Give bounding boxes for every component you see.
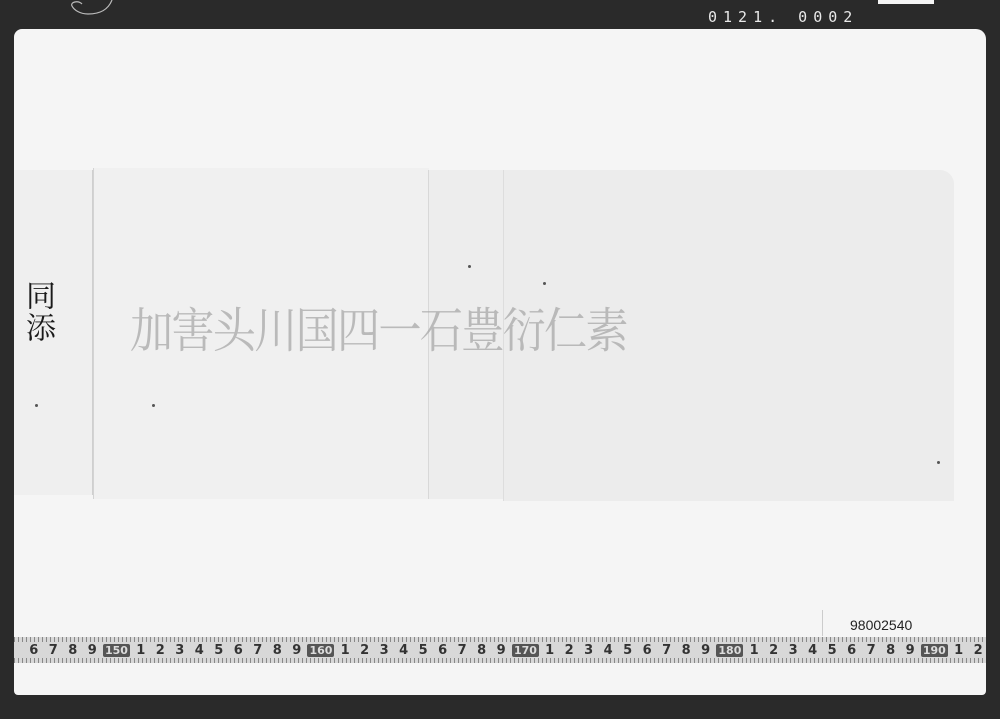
ruler-tick-label: 8 xyxy=(267,643,287,658)
ruler-tick-label: 4 xyxy=(803,643,823,658)
ruler-tick-label: 4 xyxy=(598,643,618,658)
ruler-tick-label: 7 xyxy=(44,643,64,658)
ruler-tick-label: 7 xyxy=(861,643,881,658)
ruler-tick-label: 9 xyxy=(83,643,103,658)
ruler-tick-label: 3 xyxy=(783,643,803,658)
ink-spot xyxy=(35,404,38,407)
ruler-tick-label: 4 xyxy=(189,643,209,658)
ruler-tick-label: 4 xyxy=(394,643,414,658)
ruler-tick-label: 9 xyxy=(900,643,920,658)
measurement-ruler: 6789150123456789160123456789170123456789… xyxy=(14,637,986,663)
ruler-tick-label: 3 xyxy=(170,643,190,658)
ruler-tick-label: 6 xyxy=(24,643,44,658)
ruler-tick-label: 170 xyxy=(512,644,539,657)
ruler-ticks-bottom xyxy=(14,658,986,663)
ruler-tick-label: 180 xyxy=(716,644,743,657)
ruler-tick-label: 9 xyxy=(287,643,307,658)
accession-number: 98002540 xyxy=(850,617,912,633)
ruler-tick-label: 8 xyxy=(472,643,492,658)
ink-spot xyxy=(468,265,471,268)
pen-scribble-mark xyxy=(60,0,120,24)
ruler-tick-label: 3 xyxy=(579,643,599,658)
ruler-tick-label: 5 xyxy=(413,643,433,658)
ink-spot xyxy=(543,282,546,285)
ruler-tick-label: 9 xyxy=(491,643,511,658)
ruler-tick-label: 2 xyxy=(968,643,986,658)
ink-spot xyxy=(152,404,155,407)
ruler-tick-label: 150 xyxy=(103,644,130,657)
ruler-tick-label: 2 xyxy=(764,643,784,658)
ruler-tick-label: 6 xyxy=(433,643,453,658)
side-annotation: 同添 xyxy=(22,280,52,344)
ruler-labels: 6789150123456789160123456789170123456789… xyxy=(24,642,986,658)
ruler-tick-label: 5 xyxy=(618,643,638,658)
ruler-tick-label: 9 xyxy=(696,643,716,658)
ink-spot xyxy=(937,461,940,464)
ruler-tick-label: 1 xyxy=(540,643,560,658)
ruler-tick-label: 2 xyxy=(559,643,579,658)
ruler-tick-label: 2 xyxy=(355,643,375,658)
accession-divider xyxy=(822,610,823,636)
ruler-tick-label: 3 xyxy=(374,643,394,658)
ruler-tick-label: 8 xyxy=(881,643,901,658)
ruler-tick-label: 8 xyxy=(676,643,696,658)
ruler-tick-label: 7 xyxy=(452,643,472,658)
ruler-tick-label: 190 xyxy=(921,644,948,657)
ruler-tick-label: 6 xyxy=(637,643,657,658)
ruler-tick-label: 7 xyxy=(248,643,268,658)
ruler-tick-label: 1 xyxy=(131,643,151,658)
ruler-tick-label: 1 xyxy=(335,643,355,658)
main-inscription: 加害头川国四一石豊衍仁素 xyxy=(130,292,627,361)
ruler-tick-label: 6 xyxy=(228,643,248,658)
ruler-tick-label: 2 xyxy=(150,643,170,658)
ruler-tick-label: 7 xyxy=(657,643,677,658)
ruler-tick-label: 160 xyxy=(307,644,334,657)
ruler-tick-label: 6 xyxy=(842,643,862,658)
ruler-tick-label: 5 xyxy=(209,643,229,658)
frame-number: 0121. 0002 xyxy=(708,8,858,26)
film-edge-tab xyxy=(878,0,934,4)
ruler-tick-label: 8 xyxy=(63,643,83,658)
ruler-tick-label: 1 xyxy=(744,643,764,658)
ruler-tick-label: 1 xyxy=(949,643,969,658)
ruler-tick-label: 5 xyxy=(822,643,842,658)
